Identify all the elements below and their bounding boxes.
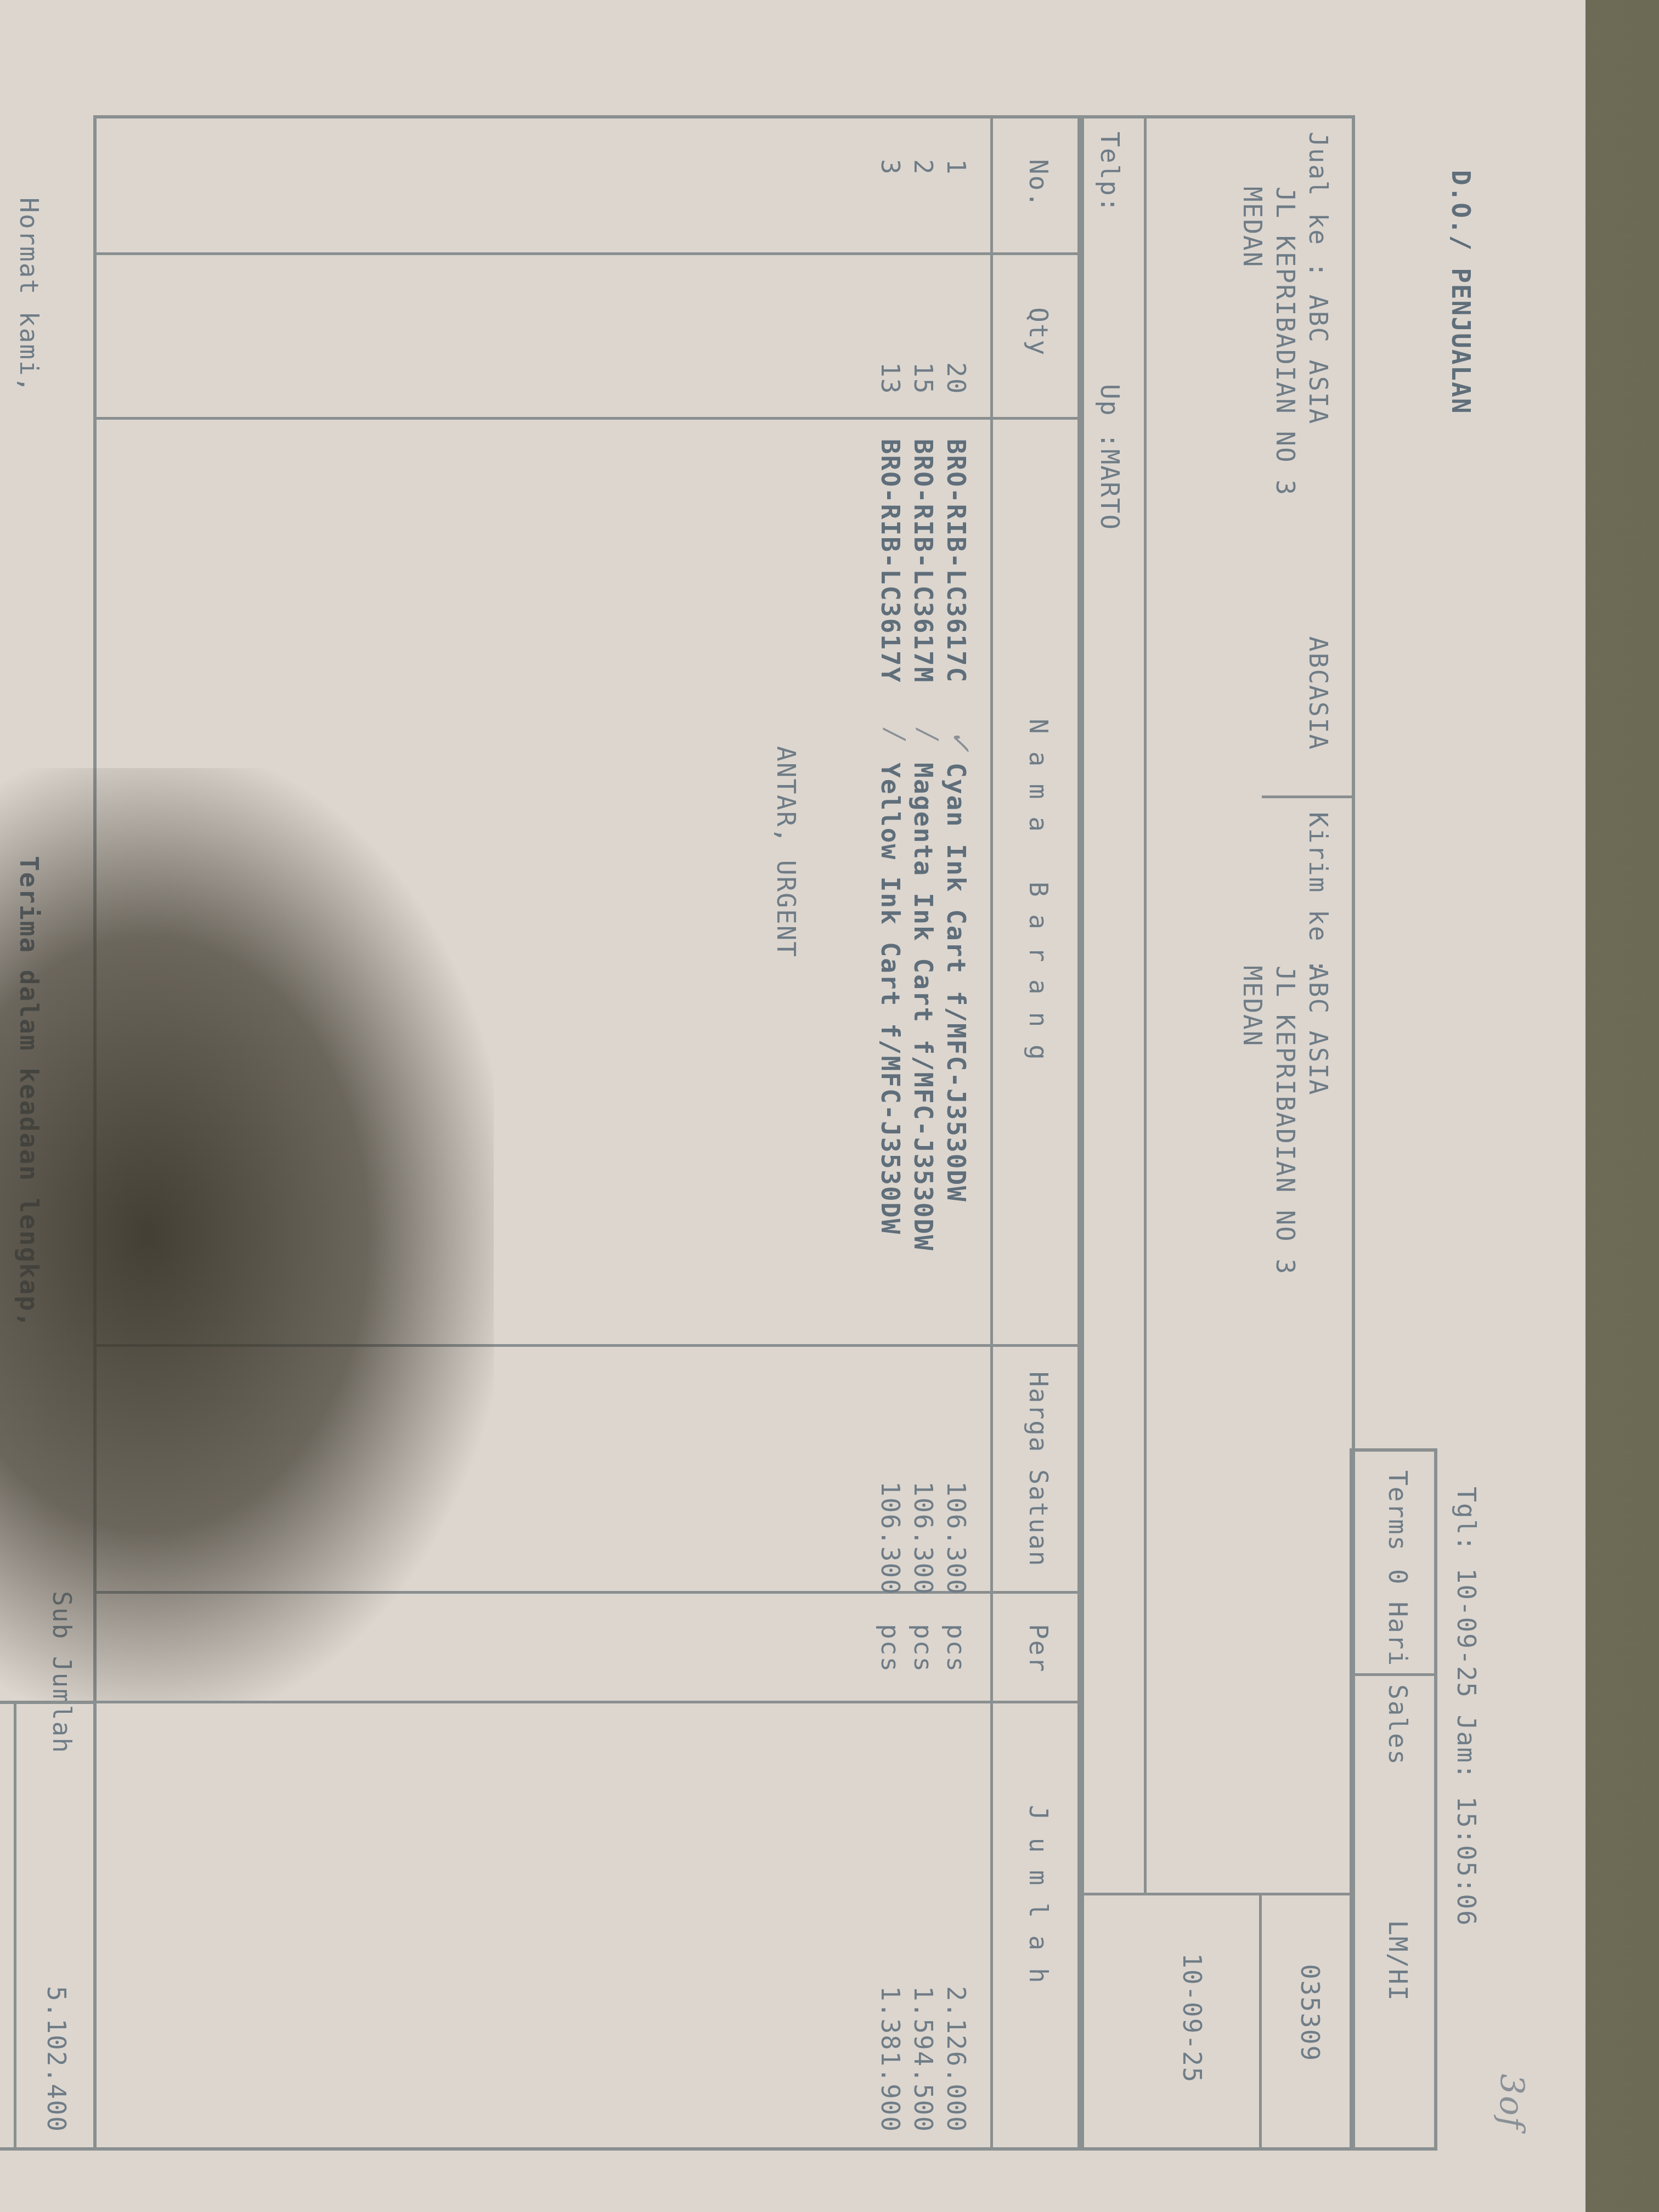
row-qty: 13 [876,362,905,394]
row-item-desc: Yellow Ink Cart f/MFC-J3530DW [876,763,905,1235]
row-item-desc: Cyan Ink Cart f/MFC-J3530DW [941,763,971,1203]
terms-label: Terms [1383,1470,1413,1551]
telp-label: Telp: [1095,132,1125,213]
document-number: 035309 [1295,1964,1325,2062]
row-item-desc: Magenta Ink Cart f/MFC-J3530DW [909,763,938,1251]
sales-value: LM/HI [1383,1920,1413,2001]
check-mark-icon: / [912,730,944,740]
row-no: 1 [941,159,971,176]
row-unit: pcs [941,1624,971,1673]
sold-to-label: Jual ke : ABC ASIA [1304,132,1333,425]
terms-value: 0 Hari [1383,1569,1413,1667]
row-item-code: BRO-RIB-LC3617M [909,439,938,683]
hormat-kami-label: Hormat kami, [14,198,44,393]
row-price: 106.300 [909,1481,938,1595]
customer-code: ABCASIA [1304,636,1333,751]
ship-to-name: ABC ASIA [1304,966,1333,1096]
col-header-nama-barang: N a m a B a r a n g [1024,719,1053,1061]
terms-sales-box [1350,1448,1437,2151]
row-no: 3 [876,159,905,176]
col-header-qty: Qty [1024,307,1053,356]
delivery-order-document: D.O./ PENJUALAN Tgl: 10-09-25 Jam: 15:05… [60,33,1542,2172]
col-header-jumlah: J u m l a h [1024,1805,1053,1984]
ship-to-address: JL KEPRIBADIAN NO 3 [1271,966,1300,1275]
up-contact: Up :MARTO [1095,384,1125,531]
col-header-no: No. [1024,159,1053,208]
row-total: 2.126.000 [941,1986,971,2132]
date-time: Tgl: 10-09-25 Jam: 15:05:06 [1452,1487,1481,1927]
document-title: D.O./ PENJUALAN [1446,170,1476,414]
sub-jumlah-value: 5.102.400 [42,1986,71,2132]
row-qty: 20 [941,362,971,394]
row-unit: pcs [909,1624,938,1673]
row-unit: pcs [876,1624,905,1673]
sold-to-city: MEDAN [1238,187,1267,268]
row-item-code: BRO-RIB-LC3617Y [876,439,905,683]
ship-to-city: MEDAN [1238,966,1267,1047]
row-total: 1.381.900 [876,1986,905,2132]
terima-label: Terima dalam keadaan lengkap, [14,856,44,1328]
col-header-per: Per [1024,1624,1053,1673]
row-price: 106.300 [876,1481,905,1595]
row-item-code: BRO-RIB-LC3617C [941,439,971,683]
row-total: 1.594.500 [909,1986,938,2132]
document-date: 10-09-25 [1177,1953,1207,2084]
order-note: ANTAR, URGENT [771,746,801,958]
ship-to-label: Kirim ke : [1304,812,1333,975]
sold-to-address: JL KEPRIBADIAN NO 3 [1271,187,1300,496]
check-mark-icon: / [879,730,911,740]
col-header-harga-satuan: Harga Satuan [1024,1372,1053,1567]
row-no: 2 [909,159,938,176]
row-qty: 15 [909,362,938,394]
handwritten-note-top: 3of [1492,2074,1531,2130]
row-price: 106.300 [941,1481,971,1595]
sales-label: Sales [1383,1684,1413,1765]
check-mark-icon: ✓ [945,730,977,754]
